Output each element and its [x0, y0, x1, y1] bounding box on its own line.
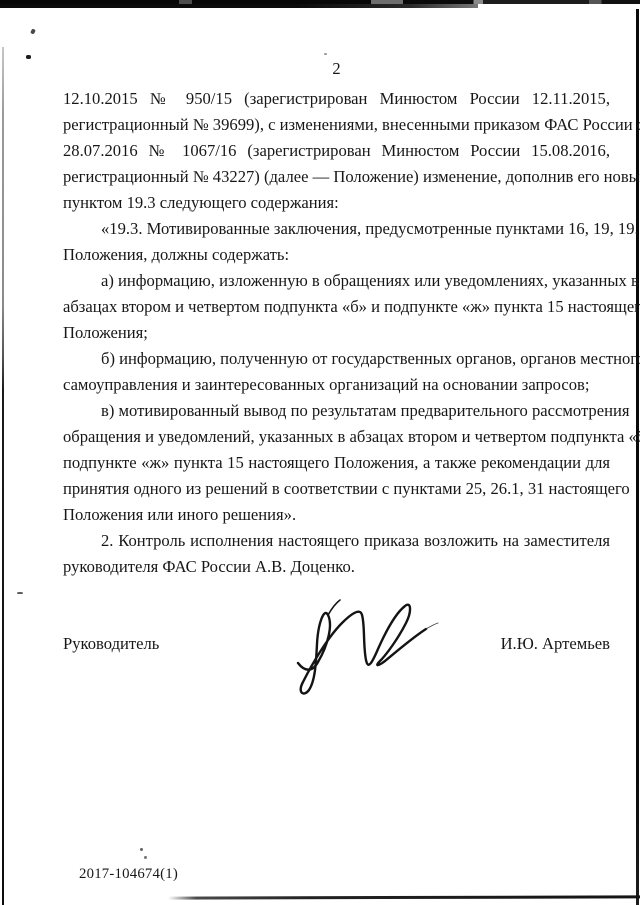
body-line: подпункте «ж» пункта 15 настоящего Полож…: [63, 450, 610, 476]
ink-speck: [140, 848, 143, 851]
body-line: 2. Контроль исполнения настоящего приказ…: [63, 528, 610, 554]
paragraph-clause-2: 2. Контроль исполнения настоящего приказ…: [63, 528, 610, 580]
paragraph-clause-19-3: «19.3. Мотивированные заключения, предус…: [63, 216, 610, 268]
body-line: Положения, должны содержать:: [63, 242, 610, 268]
scan-left-edge-artifact: [2, 47, 4, 905]
ink-speck: [324, 53, 327, 55]
body-line: обращения и уведомлений, указанных в абз…: [63, 424, 610, 450]
body-line: абзацах втором и четвертом подпункта «б»…: [63, 294, 610, 320]
ink-speck: [144, 856, 147, 859]
handwritten-signature-icon: [278, 581, 443, 701]
scan-bottom-edge-artifact: [168, 895, 640, 899]
paragraph-subclause-b: б) информацию, полученную от государстве…: [63, 346, 610, 398]
signature-role-label: Руководитель: [63, 633, 159, 655]
document-page: 2 12.10.2015 № 950/15 (зарегистрирован М…: [0, 0, 640, 905]
body-line: б) информацию, полученную от государстве…: [63, 346, 610, 372]
paragraph-subclause-a: а) информацию, изложенную в обращениях и…: [63, 268, 610, 346]
paragraph-continuation: 12.10.2015 № 950/15 (зарегистрирован Мин…: [63, 86, 610, 216]
scan-top-edge-artifact: [0, 4, 478, 8]
body-line: «19.3. Мотивированные заключения, предус…: [63, 216, 610, 242]
body-line: регистрационный № 43227) (далее — Положе…: [63, 164, 610, 190]
body-line: в) мотивированный вывод по результатам п…: [63, 398, 610, 424]
scan-right-edge-artifact: [636, 9, 639, 905]
signatory-name: И.Ю. Артемьев: [501, 633, 610, 655]
body-line: Положения;: [63, 320, 610, 346]
body-line: регистрационный № 39699), с изменениями,…: [63, 112, 610, 138]
ink-speck: [30, 28, 36, 34]
body-line: руководителя ФАС России А.В. Доценко.: [63, 554, 610, 580]
body-line: пунктом 19.3 следующего содержания:: [63, 190, 610, 216]
body-line: самоуправления и заинтересованных органи…: [63, 372, 610, 398]
body-line: принятия одного из решений в соответстви…: [63, 476, 610, 502]
document-code: 2017-104674(1): [79, 865, 178, 883]
body-line: 28.07.2016 № 1067/16 (зарегистрирован Ми…: [63, 138, 610, 164]
body-line: а) информацию, изложенную в обращениях и…: [63, 268, 610, 294]
paragraph-subclause-v: в) мотивированный вывод по результатам п…: [63, 398, 610, 528]
page-number: 2: [63, 59, 610, 79]
body-line: 12.10.2015 № 950/15 (зарегистрирован Мин…: [63, 86, 610, 112]
body-line: Положения или иного решения».: [63, 502, 610, 528]
ink-speck: [26, 55, 31, 59]
document-body: 12.10.2015 № 950/15 (зарегистрирован Мин…: [63, 86, 610, 580]
ink-speck: [17, 592, 23, 594]
